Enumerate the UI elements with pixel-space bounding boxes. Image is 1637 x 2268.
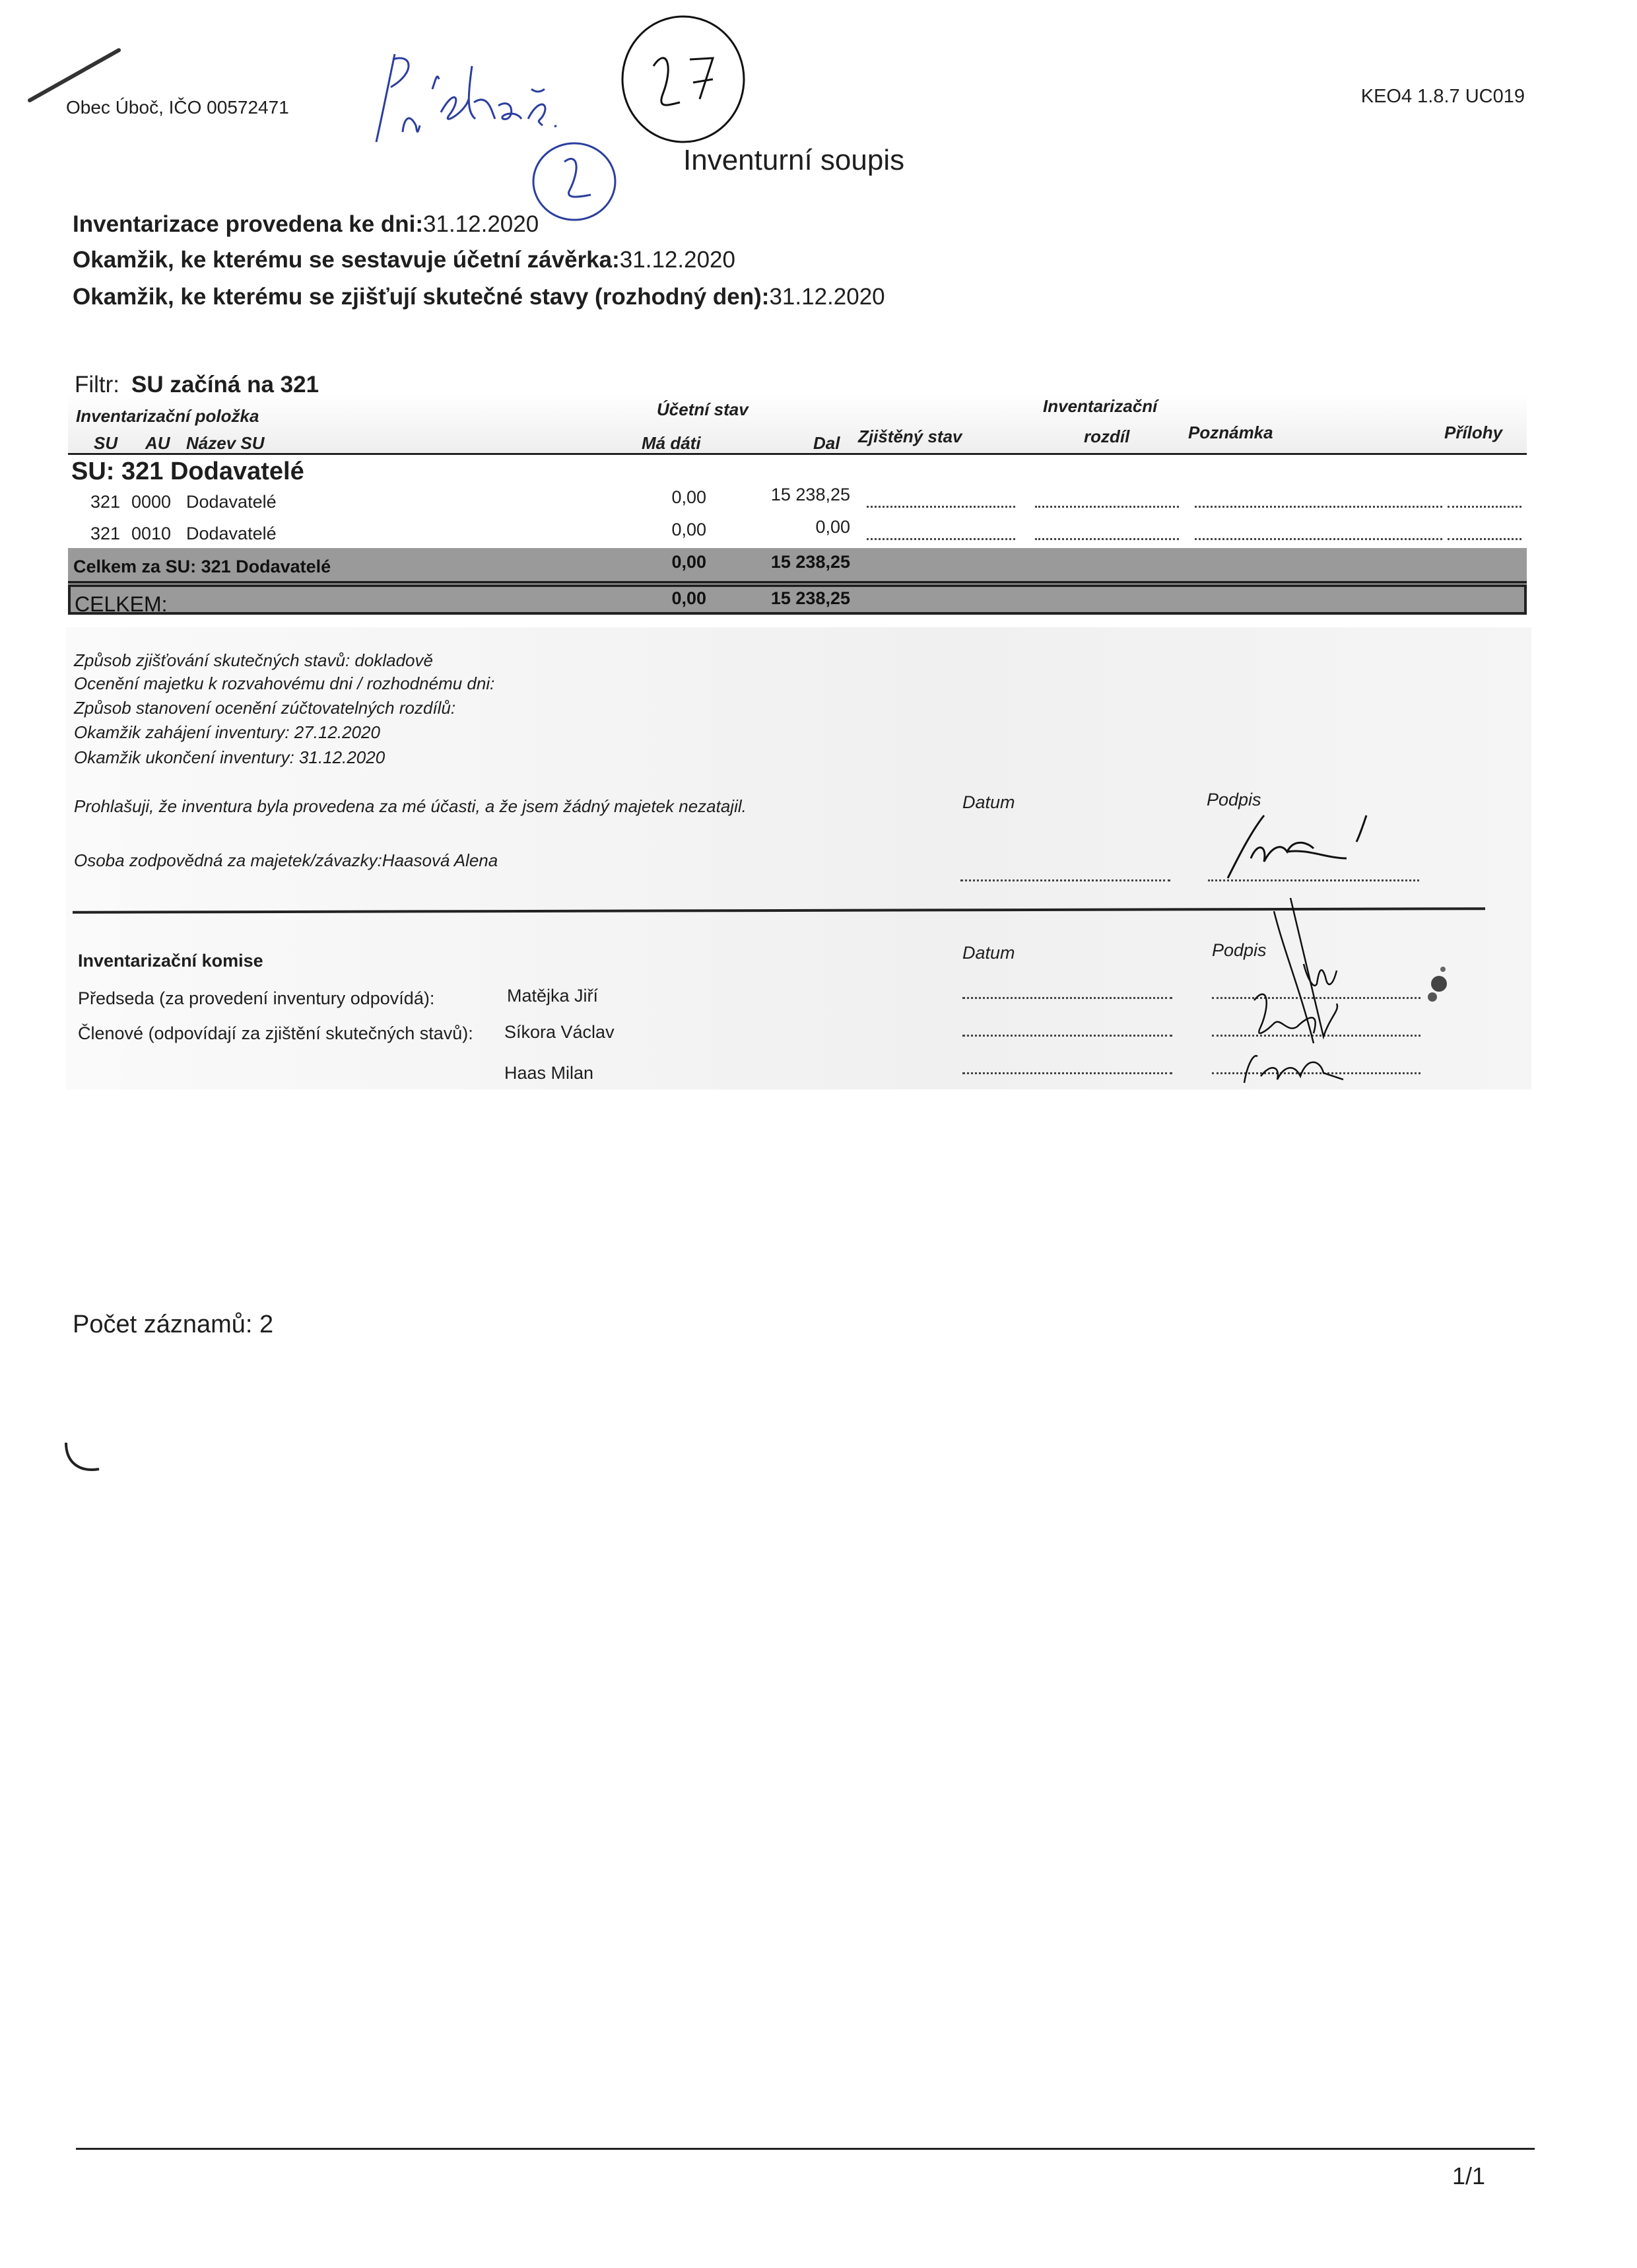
header-difference-bottom: rozdíl: [1084, 427, 1129, 447]
signature-mark: [1215, 812, 1413, 885]
member-date-field[interactable]: [962, 1035, 1172, 1037]
total-debit: 0,00: [574, 588, 706, 609]
info-label: Okamžik, ke kterému se sestavuje účetní …: [73, 247, 620, 273]
header-item-group: Inventarizační položka: [76, 406, 259, 427]
commission-date-label: Datum: [962, 943, 1015, 963]
info-value: 31.12.2020: [769, 284, 885, 310]
row-su: 321: [90, 492, 120, 512]
header-au: AU: [145, 433, 170, 454]
note-difference-method: Způsob stanovení ocenění zúčtovatelných …: [74, 698, 455, 718]
note-start-date: Okamžik zahájení inventury: 27.12.2020: [74, 722, 380, 743]
row-name: Dodavatelé: [186, 524, 277, 544]
row-au: 0010: [131, 524, 171, 544]
note-field[interactable]: [1195, 538, 1442, 540]
table-header-band: [68, 393, 1527, 452]
chair-name: Matějka Jiří: [507, 986, 598, 1006]
header-credit: Dal: [813, 433, 840, 454]
header-found-state: Zjištěný stav: [858, 427, 962, 447]
header-debit: Má dáti: [642, 433, 701, 454]
row-credit: 15 238,25: [718, 485, 850, 505]
found-state-field[interactable]: [867, 506, 1015, 508]
row-debit: 0,00: [574, 487, 706, 508]
chair-date-field[interactable]: [962, 997, 1172, 999]
members-label: Členové (odpovídají za zjištění skutečný…: [78, 1023, 473, 1044]
info-closing-date: Okamžik, ke kterému se sestavuje účetní …: [73, 247, 735, 273]
info-value: 31.12.2020: [423, 211, 539, 237]
total-row: CELKEM: 0,00 15 238,25: [68, 584, 1527, 615]
declaration-date-field[interactable]: [960, 879, 1170, 881]
declaration-date-label: Datum: [962, 792, 1015, 813]
attachments-field[interactable]: [1448, 506, 1521, 508]
header-attachments: Přílohy: [1444, 423, 1502, 443]
row-su: 321: [90, 524, 120, 544]
document-title: Inventurní soupis: [683, 144, 904, 177]
row-debit: 0,00: [574, 520, 706, 540]
header-accounting-state: Účetní stav: [657, 399, 749, 420]
note-end-date: Okamžik ukončení inventury: 31.12.2020: [74, 747, 385, 768]
header-rule: [68, 453, 1527, 455]
header-note: Poznámka: [1188, 423, 1273, 443]
handwritten-annotation: [356, 26, 858, 205]
attachments-field[interactable]: [1448, 538, 1521, 540]
row-name: Dodavatelé: [186, 492, 277, 512]
info-label: Okamžik, ke kterému se zjišťují skutečné…: [73, 284, 769, 310]
subtotal-debit: 0,00: [574, 552, 706, 572]
declaration-text: Prohlašuji, že inventura byla provedena …: [74, 796, 747, 817]
note-valuation: Ocenění majetku k rozvahovému dni / rozh…: [74, 673, 494, 694]
member-date-field[interactable]: [962, 1072, 1172, 1074]
commission-title: Inventarizační komise: [78, 951, 263, 971]
info-value: 31.12.2020: [620, 247, 735, 273]
page-number: 1/1: [1452, 2162, 1485, 2190]
organization-name: Obec Úboč, IČO 00572471: [66, 97, 289, 118]
difference-field[interactable]: [1035, 506, 1179, 508]
header-name: Název SU: [186, 433, 265, 454]
footer-rule: [76, 2148, 1535, 2150]
record-count: Počet záznamů: 2: [73, 1311, 273, 1339]
subtotal-label: Celkem za SU: 321 Dodavatelé: [73, 557, 331, 577]
subtotal-credit: 15 238,25: [718, 552, 850, 572]
member-name: Síkora Václav: [504, 1022, 615, 1043]
row-au: 0000: [131, 492, 171, 512]
responsible-person: Osoba zodpovědná za majetek/závazky:Haas…: [74, 850, 498, 871]
scan-mark: [63, 1439, 102, 1479]
info-label: Inventarizace provedena ke dni:: [73, 211, 423, 237]
chair-label: Předseda (za provedení inventury odpovíd…: [78, 988, 434, 1009]
note-count-method: Způsob zjišťování skutečných stavů: dokl…: [74, 650, 433, 671]
found-state-field[interactable]: [867, 538, 1015, 540]
total-label: CELKEM:: [75, 592, 167, 617]
row-credit: 0,00: [718, 517, 850, 537]
header-difference-top: Inventarizační: [1043, 396, 1157, 417]
difference-field[interactable]: [1035, 538, 1179, 540]
header-su: SU: [94, 433, 117, 454]
info-inventory-date: Inventarizace provedena ke dni:31.12.202…: [73, 211, 539, 238]
declaration-signature-label: Podpis: [1207, 790, 1261, 810]
subtotal-row: Celkem za SU: 321 Dodavatelé 0,00 15 238…: [68, 548, 1527, 584]
commission-signatures: [1208, 885, 1459, 1096]
software-version: KEO4 1.8.7 UC019: [1361, 86, 1525, 108]
info-decisive-date: Okamžik, ke kterému se zjišťují skutečné…: [73, 284, 885, 310]
member-name: Haas Milan: [504, 1063, 593, 1083]
total-credit: 15 238,25: [718, 588, 850, 609]
note-field[interactable]: [1195, 506, 1442, 508]
group-title: SU: 321 Dodavatelé: [71, 458, 304, 486]
